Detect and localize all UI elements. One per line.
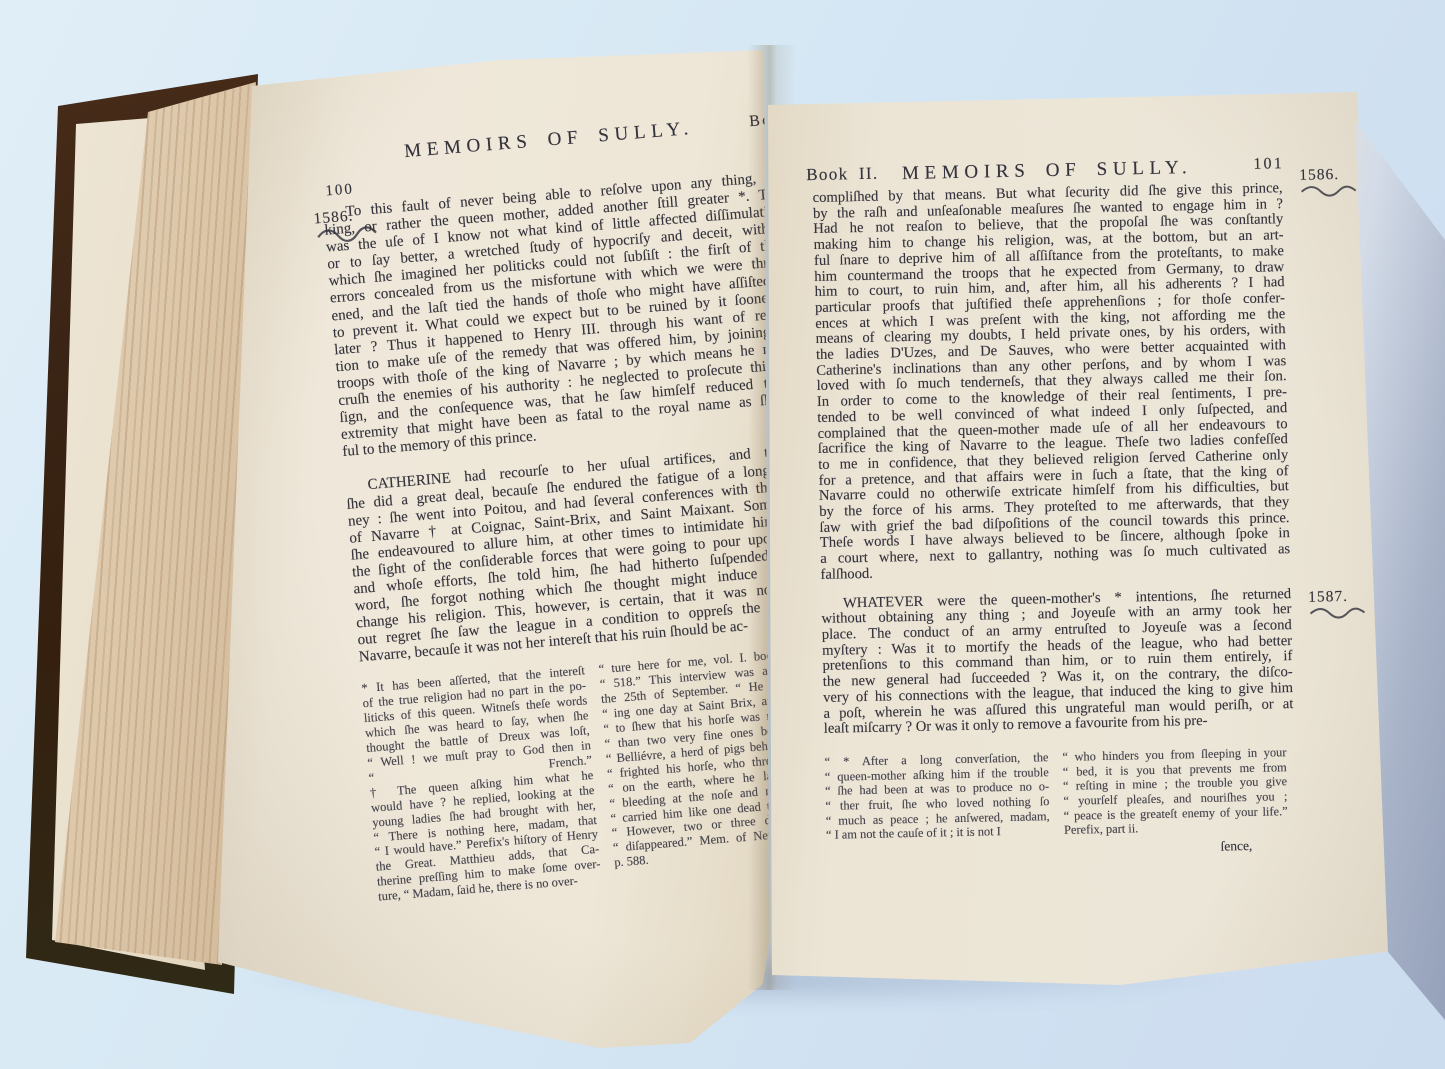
page-number: 101: [1253, 155, 1284, 174]
date-flourish-icon: [1300, 184, 1358, 199]
date-flourish-icon: [1308, 605, 1366, 620]
left-page: MEMOIRS OF SULLY. Book II. 100 1586. To …: [210, 45, 775, 1055]
footnote-column: * It has been aſſerted, that the intereſ…: [361, 664, 602, 905]
footnote-column: “ who hinders you from ſleeping in your“…: [1062, 745, 1288, 838]
margin-date-text: 1586.: [1299, 166, 1339, 184]
running-title: MEMOIRS OF SULLY.: [318, 111, 780, 170]
paragraph: compliſhed by that means. But what ſecur…: [813, 181, 1291, 583]
page-number: 100: [325, 181, 355, 200]
right-page-content: Book II. MEMOIRS OF SULLY. 101 1586. 158…: [812, 155, 1282, 191]
right-footnotes: “ * After a long converſation, the“ quee…: [824, 745, 1296, 843]
margin-date: 1586.: [1299, 166, 1358, 199]
margin-date-text: 1587.: [1308, 588, 1348, 606]
paragraph: WHATEVER were the queen-mother's * inten…: [821, 587, 1294, 738]
margin-date: 1587.: [1308, 587, 1367, 620]
left-running-head: MEMOIRS OF SULLY. Book II.: [318, 111, 781, 174]
book-photograph: MEMOIRS OF SULLY. Book II. 100 1586. To …: [0, 0, 1445, 1069]
footnote-column: “ * After a long converſation, the“ quee…: [824, 750, 1050, 843]
paragraph: To this fault of never being able to reſ…: [323, 169, 804, 462]
right-main-text: compliſhed by that means. But what ſecur…: [813, 181, 1297, 863]
left-page-content: MEMOIRS OF SULLY. Book II. 100 1586. To …: [318, 111, 781, 174]
right-page: Book II. MEMOIRS OF SULLY. 101 1586. 158…: [763, 84, 1408, 994]
